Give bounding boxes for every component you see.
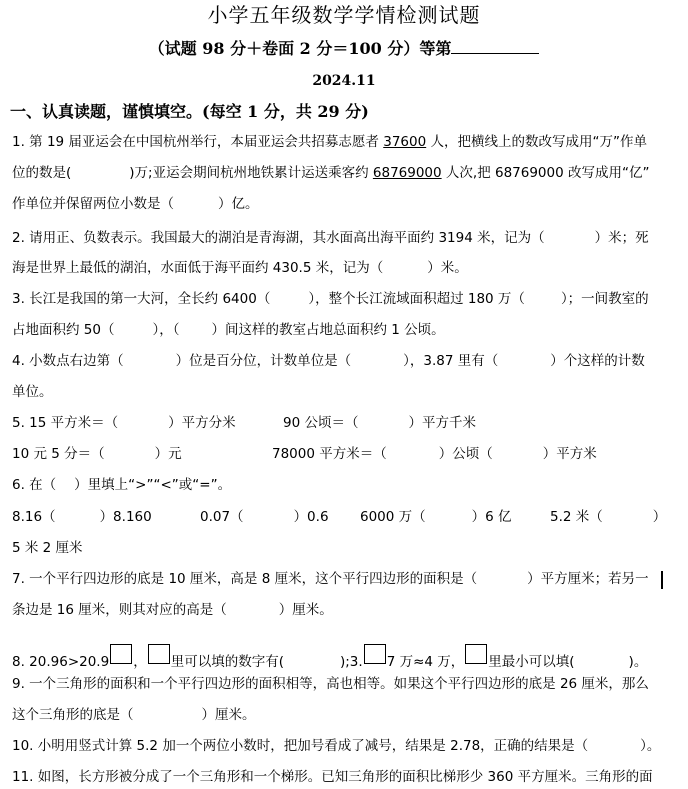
q5-item-c: 10 元 5 分＝（）元 — [12, 444, 182, 464]
q1-text: 位的数是( — [12, 165, 71, 181]
q5-item-a: 5. 15 平方米＝（）平方分米 — [12, 413, 236, 433]
q5-text: ）平方米 — [543, 446, 597, 462]
q8-line: 8. 20.96>20.9，里可以填的数字有();3.7 万≈4 万，里最小可以… — [12, 644, 647, 672]
q3-text: 占地面积约 50（ — [12, 322, 114, 338]
digit-box[interactable] — [110, 644, 132, 664]
q2-text: ）米；死 — [595, 230, 649, 246]
q8-text: );3. — [340, 654, 363, 670]
q8-text: 里最小可以填( — [488, 654, 574, 670]
q8-text: 8. 20.96>20.9 — [12, 654, 109, 670]
digit-box — [465, 644, 487, 664]
q3-text: ）间这样的教室占地总面积约 1 公顷。 — [211, 322, 444, 338]
q6-compare-2: 0.07（）0.6 — [200, 507, 329, 527]
q1-underlined-number: 37600 — [383, 134, 426, 150]
q7-text: 7. 一个平行四边形的底是 10 厘米，高是 8 厘米，这个平行四边形的面积是（ — [12, 571, 477, 587]
q4-line1: 4. 小数点右边第（）位是百分位，计数单位是（），3.87 里有（）个这样的计数 — [12, 351, 645, 371]
q6-compare-1: 8.16（）8.160 — [12, 507, 152, 527]
q5-item-d: 78000 平方米＝（）公顷（）平方米 — [272, 444, 597, 464]
digit-box[interactable] — [364, 644, 386, 664]
q4-line2: 单位。 — [12, 382, 53, 402]
q6-right: ） — [653, 509, 667, 525]
q1-text: 1. 第 19 届亚运会在中国杭州举行，本届亚运会共招募志愿者 — [12, 134, 383, 150]
q2-text: 2. 请用正、负数表示。我国最大的湖泊是青海湖，其水面高出海平面约 3194 米… — [12, 230, 545, 246]
q6-compare-3: 6000 万（）6 亿 — [360, 507, 512, 527]
q6-left: 0.07（ — [200, 509, 244, 525]
q10-line: 10. 小明用竖式计算 5.2 加一个两位小数时，把加号看成了减号，结果是 2.… — [12, 736, 660, 756]
q7-line2: 条边是 16 厘米，则其对应的高是（）厘米。 — [12, 600, 333, 620]
q1-text: ）亿。 — [218, 196, 259, 212]
q1-text: 人次,把 68769000 改写成用“亿” — [442, 165, 650, 181]
q6-text: 6. 在（ — [12, 477, 56, 493]
q3-line1: 3. 长江是我国的第一大河，全长约 6400（），整个长江流域面积超过 180 … — [12, 289, 649, 309]
q5-text: 5. 15 平方米＝（ — [12, 415, 118, 431]
q7-text: ）平方厘米；若另一 — [527, 571, 649, 587]
q1-text: )万;亚运会期间杭州地铁累计运送乘客约 — [129, 165, 373, 181]
q4-text: ）个这样的计数 — [550, 353, 645, 369]
q6-left: 5.2 米（ — [550, 509, 603, 525]
grade-blank-line[interactable] — [451, 37, 539, 54]
q6-wrap: 5 米 2 厘米 — [12, 538, 83, 558]
q1-text: 作单位并保留两位小数是（ — [12, 196, 174, 212]
q10-text: ）。 — [640, 738, 660, 754]
q2-text: 海是世界上最低的湖泊，水面低于海平面约 430.5 米，记为（ — [12, 260, 383, 276]
q3-text: ），（ — [152, 322, 179, 338]
exam-page: 小学五年级数学学情检测试题 （试题 98 分＋卷面 2 分＝100 分）等第 2… — [0, 0, 688, 789]
q2-line2: 海是世界上最低的湖泊，水面低于海平面约 430.5 米，记为（）米。 — [12, 258, 468, 278]
q2-text: ）米。 — [427, 260, 468, 276]
q7-text: 条边是 16 厘米，则其对应的高是（ — [12, 602, 227, 618]
q3-text: ）；一间教室的 — [561, 291, 649, 307]
q5-item-b: 90 公顷＝（）平方千米 — [283, 413, 476, 433]
q4-text: ），3.87 里有（ — [403, 353, 498, 369]
q1-line2: 位的数是()万;亚运会期间杭州地铁累计运送乘客约 68769000 人次,把 6… — [12, 163, 649, 183]
q8-text: 里可以填的数字有( — [171, 654, 284, 670]
q6-right: ）8.160 — [100, 509, 152, 525]
q5-text: 90 公顷＝（ — [283, 415, 358, 431]
exam-date: 2024.11 — [0, 71, 688, 91]
q11-line1: 11. 如图，长方形被分成了一个三角形和一个梯形。已知三角形的面积比梯形少 36… — [12, 767, 653, 787]
text-cursor — [661, 571, 663, 589]
q5-text: ）平方分米 — [168, 415, 236, 431]
q6-left: 6000 万（ — [360, 509, 426, 525]
score-subtitle: （试题 98 分＋卷面 2 分＝100 分）等第 — [0, 37, 688, 60]
q2-line1: 2. 请用正、负数表示。我国最大的湖泊是青海湖，其水面高出海平面约 3194 米… — [12, 228, 649, 248]
q9-line1: 9. 一个三角形的面积和一个平行四边形的面积相等，高也相等。如果这个平行四边形的… — [12, 674, 649, 694]
section-heading: 一、认真读题，谨慎填空。(每空 1 分，共 29 分) — [10, 101, 369, 123]
q6-prompt: 6. 在（）里填上“>”“<”或“=”。 — [12, 475, 231, 495]
q8-text: )。 — [629, 654, 648, 670]
q5-text: ）元 — [155, 446, 182, 462]
q8-text: ， — [133, 654, 147, 670]
digit-box — [148, 644, 170, 664]
q9-text: ）厘米。 — [202, 707, 256, 723]
q7-line1: 7. 一个平行四边形的底是 10 厘米，高是 8 厘米，这个平行四边形的面积是（… — [12, 569, 649, 589]
q1-line1: 1. 第 19 届亚运会在中国杭州举行，本届亚运会共招募志愿者 37600 人，… — [12, 132, 647, 152]
q8-text: 7 万≈4 万， — [387, 654, 465, 670]
score-subtitle-text: （试题 98 分＋卷面 2 分＝100 分）等第 — [149, 39, 452, 58]
q9-text: 这个三角形的底是（ — [12, 707, 134, 723]
q3-text: ），整个长江流域面积超过 180 万（ — [308, 291, 525, 307]
q1-line3: 作单位并保留两位小数是（）亿。 — [12, 194, 259, 214]
q10-text: 10. 小明用竖式计算 5.2 加一个两位小数时，把加号看成了减号，结果是 2.… — [12, 738, 588, 754]
q6-left: 8.16（ — [12, 509, 56, 525]
q9-line2: 这个三角形的底是（）厘米。 — [12, 705, 256, 725]
q1-underlined-number-2: 68769000 — [373, 165, 442, 181]
q6-right: ）6 亿 — [472, 509, 512, 525]
q6-compare-4: 5.2 米（） — [550, 507, 666, 527]
q6-text: ）里填上“>”“<”或“=”。 — [74, 477, 231, 493]
q3-line2: 占地面积约 50（），（）间这样的教室占地总面积约 1 公顷。 — [12, 320, 445, 340]
q5-text: 10 元 5 分＝（ — [12, 446, 105, 462]
q4-text: ）位是百分位，计数单位是（ — [176, 353, 352, 369]
q5-text: 78000 平方米＝（ — [272, 446, 387, 462]
q6-right: ）0.6 — [294, 509, 329, 525]
page-title: 小学五年级数学学情检测试题 — [0, 2, 688, 28]
q5-text: ）平方千米 — [408, 415, 476, 431]
q3-text: 3. 长江是我国的第一大河，全长约 6400（ — [12, 291, 270, 307]
q5-text: ）公顷（ — [439, 446, 493, 462]
q1-text: 人，把横线上的数改写成用“万”作单 — [426, 134, 647, 150]
q7-text: ）厘米。 — [279, 602, 333, 618]
q4-text: 4. 小数点右边第（ — [12, 353, 124, 369]
